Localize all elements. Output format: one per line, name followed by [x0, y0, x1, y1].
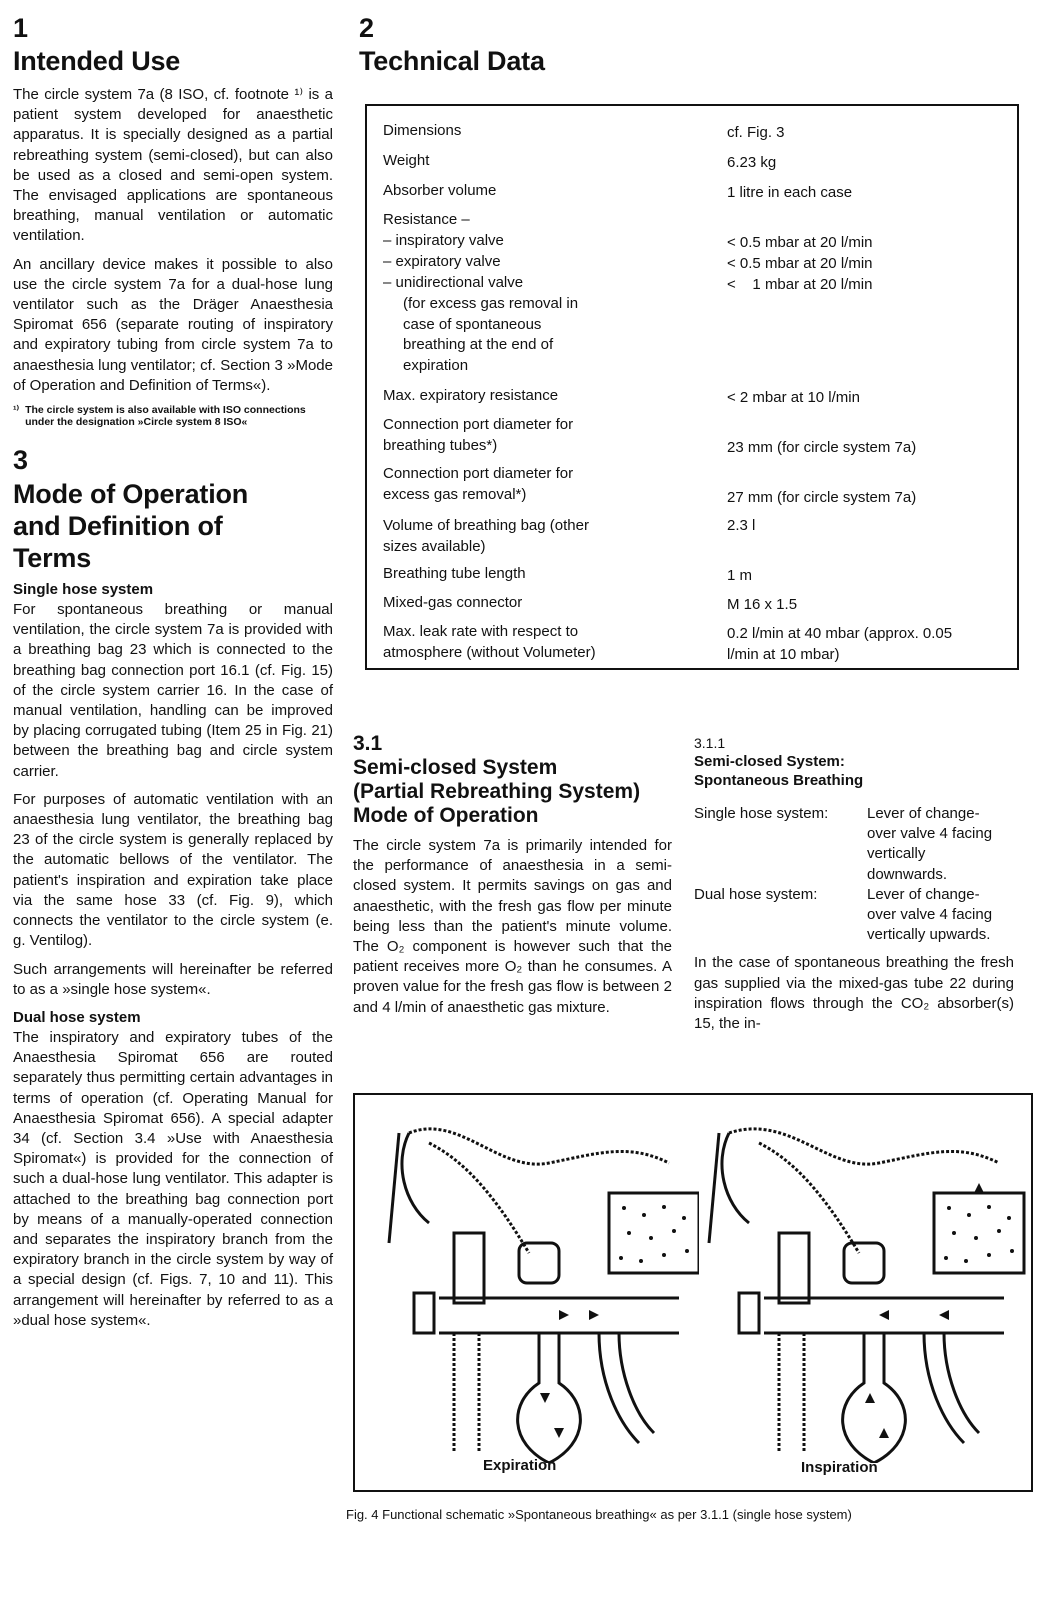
tech-value-leak-rate: 0.2 l/min at 40 mbar (approx. 0.05 l/min… — [727, 624, 987, 665]
section-3-1-1-title-line-2: Spontaneous Breathing — [694, 771, 1014, 790]
dual-hose-heading: Dual hose system — [13, 1008, 333, 1028]
tech-label-max-exp-resistance: Max. expiratory resistance — [383, 386, 558, 407]
tech-label-port-breathing: Connection port diameter for breathing t… — [383, 415, 613, 456]
tech-label-expiratory-valve: – expiratory valve — [383, 252, 501, 273]
section-1-number: 1 — [13, 14, 333, 42]
tech-label-bag-volume: Volume of breathing bag (other sizes ava… — [383, 516, 593, 557]
dual-hose-setting: Dual hose system: Lever of change-over v… — [694, 885, 1014, 946]
tech-value-unidirectional-valve: < 1 mbar at 20 l/min — [727, 275, 872, 296]
inspiration-label: Inspiration — [801, 1459, 878, 1476]
tech-label-inspiratory-valve: – inspiratory valve — [383, 231, 504, 252]
tech-value-bag-volume: 2.3 l — [727, 516, 755, 537]
single-hose-setting-label: Single hose system: — [694, 804, 867, 885]
tech-label-dimensions: Dimensions — [383, 121, 461, 142]
section-3-number: 3 — [13, 446, 333, 474]
tech-label-leak-rate: Max. leak rate with respect to atmospher… — [383, 622, 653, 663]
technical-data-table: Dimensions cf. Fig. 3 Weight 6.23 kg Abs… — [365, 104, 1019, 670]
single-hose-setting: Single hose system: Lever of change-over… — [694, 804, 1014, 885]
section-3-title-line-3: Terms — [13, 542, 333, 574]
tech-label-absorber: Absorber volume — [383, 181, 496, 202]
tech-value-port-breathing: 23 mm (for circle system 7a) — [727, 438, 916, 459]
dual-hose-para: The inspiratory and expiratory tubes of … — [13, 1028, 333, 1331]
tech-label-resistance: Resistance – — [383, 210, 470, 231]
section-1-title: Intended Use — [13, 45, 333, 77]
section-2-number: 2 — [359, 14, 545, 42]
tech-value-expiratory-valve: < 0.5 mbar at 20 l/min — [727, 254, 873, 275]
single-hose-para-2: For purposes of automatic ventilation wi… — [13, 790, 333, 952]
tech-value-absorber: 1 litre in each case — [727, 183, 852, 204]
tech-label-unidirectional-valve: – unidirectional valve — [383, 273, 523, 294]
section-3-1-1-number: 3.1.1 — [694, 734, 1014, 752]
section-2-heading: 2 Technical Data — [359, 14, 545, 77]
left-column: 1 Intended Use The circle system 7a (8 I… — [13, 14, 333, 1331]
section-3-1-1-para: In the case of spontaneous breathing the… — [694, 953, 1014, 1034]
footnote: ¹⁾ The circle system is also available w… — [13, 404, 333, 428]
single-hose-heading: Single hose system — [13, 580, 333, 600]
footnote-text: The circle system is also available with… — [25, 404, 333, 428]
section-3-1-1: 3.1.1 Semi-closed System: Spontaneous Br… — [694, 734, 1014, 1034]
section-1-para-2: An ancillary device makes it possible to… — [13, 255, 333, 396]
section-3-title-line-1: Mode of Operation — [13, 478, 333, 510]
section-3-1-number: 3.1 — [353, 732, 672, 756]
tech-label-tube-length: Breathing tube length — [383, 564, 526, 585]
tech-label-port-excess: Connection port diameter for excess gas … — [383, 464, 613, 505]
figure-4-caption: Fig. 4 Functional schematic »Spontaneous… — [346, 1507, 852, 1522]
expiration-label: Expiration — [483, 1457, 556, 1474]
dual-hose-setting-label: Dual hose system: — [694, 885, 867, 946]
tech-label-mixed-gas: Mixed-gas connector — [383, 593, 522, 614]
tech-value-max-exp-resistance: < 2 mbar at 10 l/min — [727, 388, 860, 409]
tech-value-inspiratory-valve: < 0.5 mbar at 20 l/min — [727, 233, 873, 254]
tech-label-unidirectional-note: (for excess gas removal in case of spont… — [403, 294, 603, 376]
section-3-1: 3.1 Semi-closed System (Partial Rebreath… — [353, 732, 672, 1018]
section-3-1-title-line-2: (Partial Rebreathing System) — [353, 780, 672, 804]
single-hose-para-3: Such arrangements will hereinafter be re… — [13, 960, 333, 1000]
section-3-1-para: The circle system 7a is primarily intend… — [353, 836, 672, 1018]
tech-label-weight: Weight — [383, 151, 429, 172]
expiration-schematic-icon — [369, 1103, 699, 1463]
section-2-title: Technical Data — [359, 45, 545, 77]
tech-value-port-excess: 27 mm (for circle system 7a) — [727, 488, 916, 509]
tech-value-weight: 6.23 kg — [727, 153, 776, 174]
inspiration-schematic-icon — [699, 1103, 1029, 1463]
tech-value-tube-length: 1 m — [727, 566, 752, 587]
single-hose-setting-value: Lever of change-over valve 4 facing vert… — [867, 804, 1007, 885]
section-1-para-1: The circle system 7a (8 ISO, cf. footnot… — [13, 85, 333, 247]
footnote-mark: ¹⁾ — [13, 404, 19, 428]
section-3-1-title-line-1: Semi-closed System — [353, 756, 672, 780]
tech-value-dimensions: cf. Fig. 3 — [727, 123, 785, 144]
dual-hose-setting-value: Lever of change-over valve 4 facing vert… — [867, 885, 1007, 946]
section-3-1-1-title-line-1: Semi-closed System: — [694, 752, 1014, 771]
figure-4-box: Expiration Inspiration — [353, 1093, 1033, 1492]
section-3-1-title-line-3: Mode of Operation — [353, 804, 672, 828]
section-3-title-line-2: and Definition of — [13, 510, 333, 542]
single-hose-para-1: For spontaneous breathing or manual vent… — [13, 600, 333, 782]
tech-value-mixed-gas: M 16 x 1.5 — [727, 595, 797, 616]
